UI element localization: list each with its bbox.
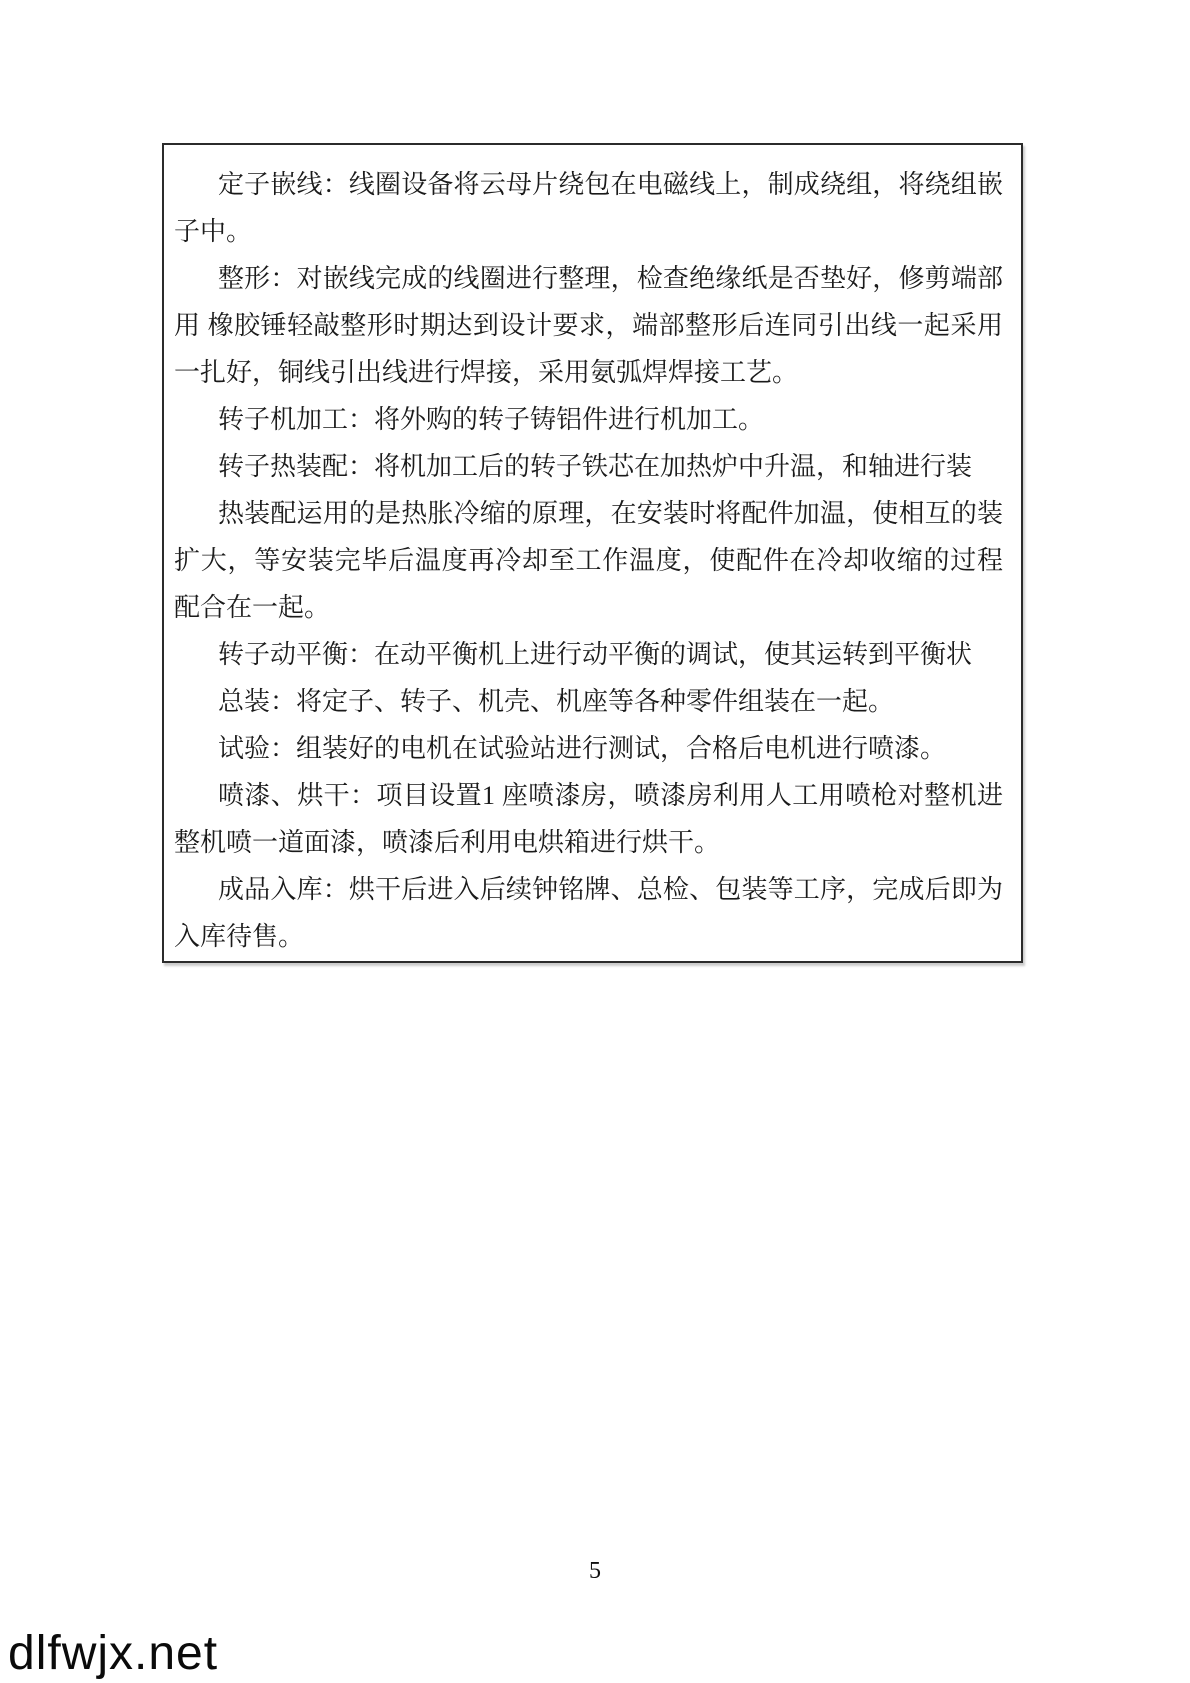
site-watermark: dlfwjx.net bbox=[8, 1626, 218, 1681]
text-line: 整机喷一道面漆，喷漆后利用电烘箱进行烘干。 bbox=[174, 819, 1003, 866]
text-line: 喷漆、烘干：项目设置1 座喷漆房，喷漆房利用人工用喷枪对整机进行喷漆， bbox=[174, 772, 1003, 819]
text-line: 热装配运用的是热胀冷缩的原理，在安装时将配件加温，使相互的装配间隙 bbox=[174, 490, 1003, 537]
process-description-box: 定子嵌线：线圈设备将云母片绕包在电磁线上，制成绕组，将绕组嵌入到定 子中。 整形… bbox=[162, 143, 1023, 963]
text-line: 试验：组装好的电机在试验站进行测试，合格后电机进行喷漆。 bbox=[174, 725, 1003, 772]
text-line: 转子动平衡：在动平衡机上进行动平衡的调试，使其运转到平衡状态。 bbox=[174, 631, 1003, 678]
text-line: 扩大，等安装完毕后温度再冷却至工作温度，使配件在冷却收缩的过程中紧紧的 bbox=[174, 537, 1003, 584]
text-line: 入库待售。 bbox=[174, 913, 1003, 960]
page-number: 5 bbox=[0, 1558, 1190, 1585]
text-line: 一扎好，铜线引出线进行焊接，采用氨弧焊焊接工艺。 bbox=[174, 349, 1003, 396]
text-line: 转子热装配：将机加工后的转子铁芯在加热炉中升温，和轴进行装配。 bbox=[174, 443, 1003, 490]
text-line: 整形：对嵌线完成的线圈进行整理，检查绝缘纸是否垫好，修剪端部绝缘纸， bbox=[174, 255, 1003, 302]
text-line: 成品入库：烘干后进入后续钟铭牌、总检、包装等工序，完成后即为成品， bbox=[174, 866, 1003, 913]
text-line: 定子嵌线：线圈设备将云母片绕包在电磁线上，制成绕组，将绕组嵌入到定 bbox=[174, 161, 1003, 208]
text-line: 总装：将定子、转子、机壳、机座等各种零件组装在一起。 bbox=[174, 678, 1003, 725]
text-line: 子中。 bbox=[174, 208, 1003, 255]
text-line: 转子机加工：将外购的转子铸铝件进行机加工。 bbox=[174, 396, 1003, 443]
text-line: 配合在一起。 bbox=[174, 584, 1003, 631]
text-line: 用 橡胶锤轻敲整形时期达到设计要求，端部整形后连同引出线一起采用绑线统 bbox=[174, 302, 1003, 349]
